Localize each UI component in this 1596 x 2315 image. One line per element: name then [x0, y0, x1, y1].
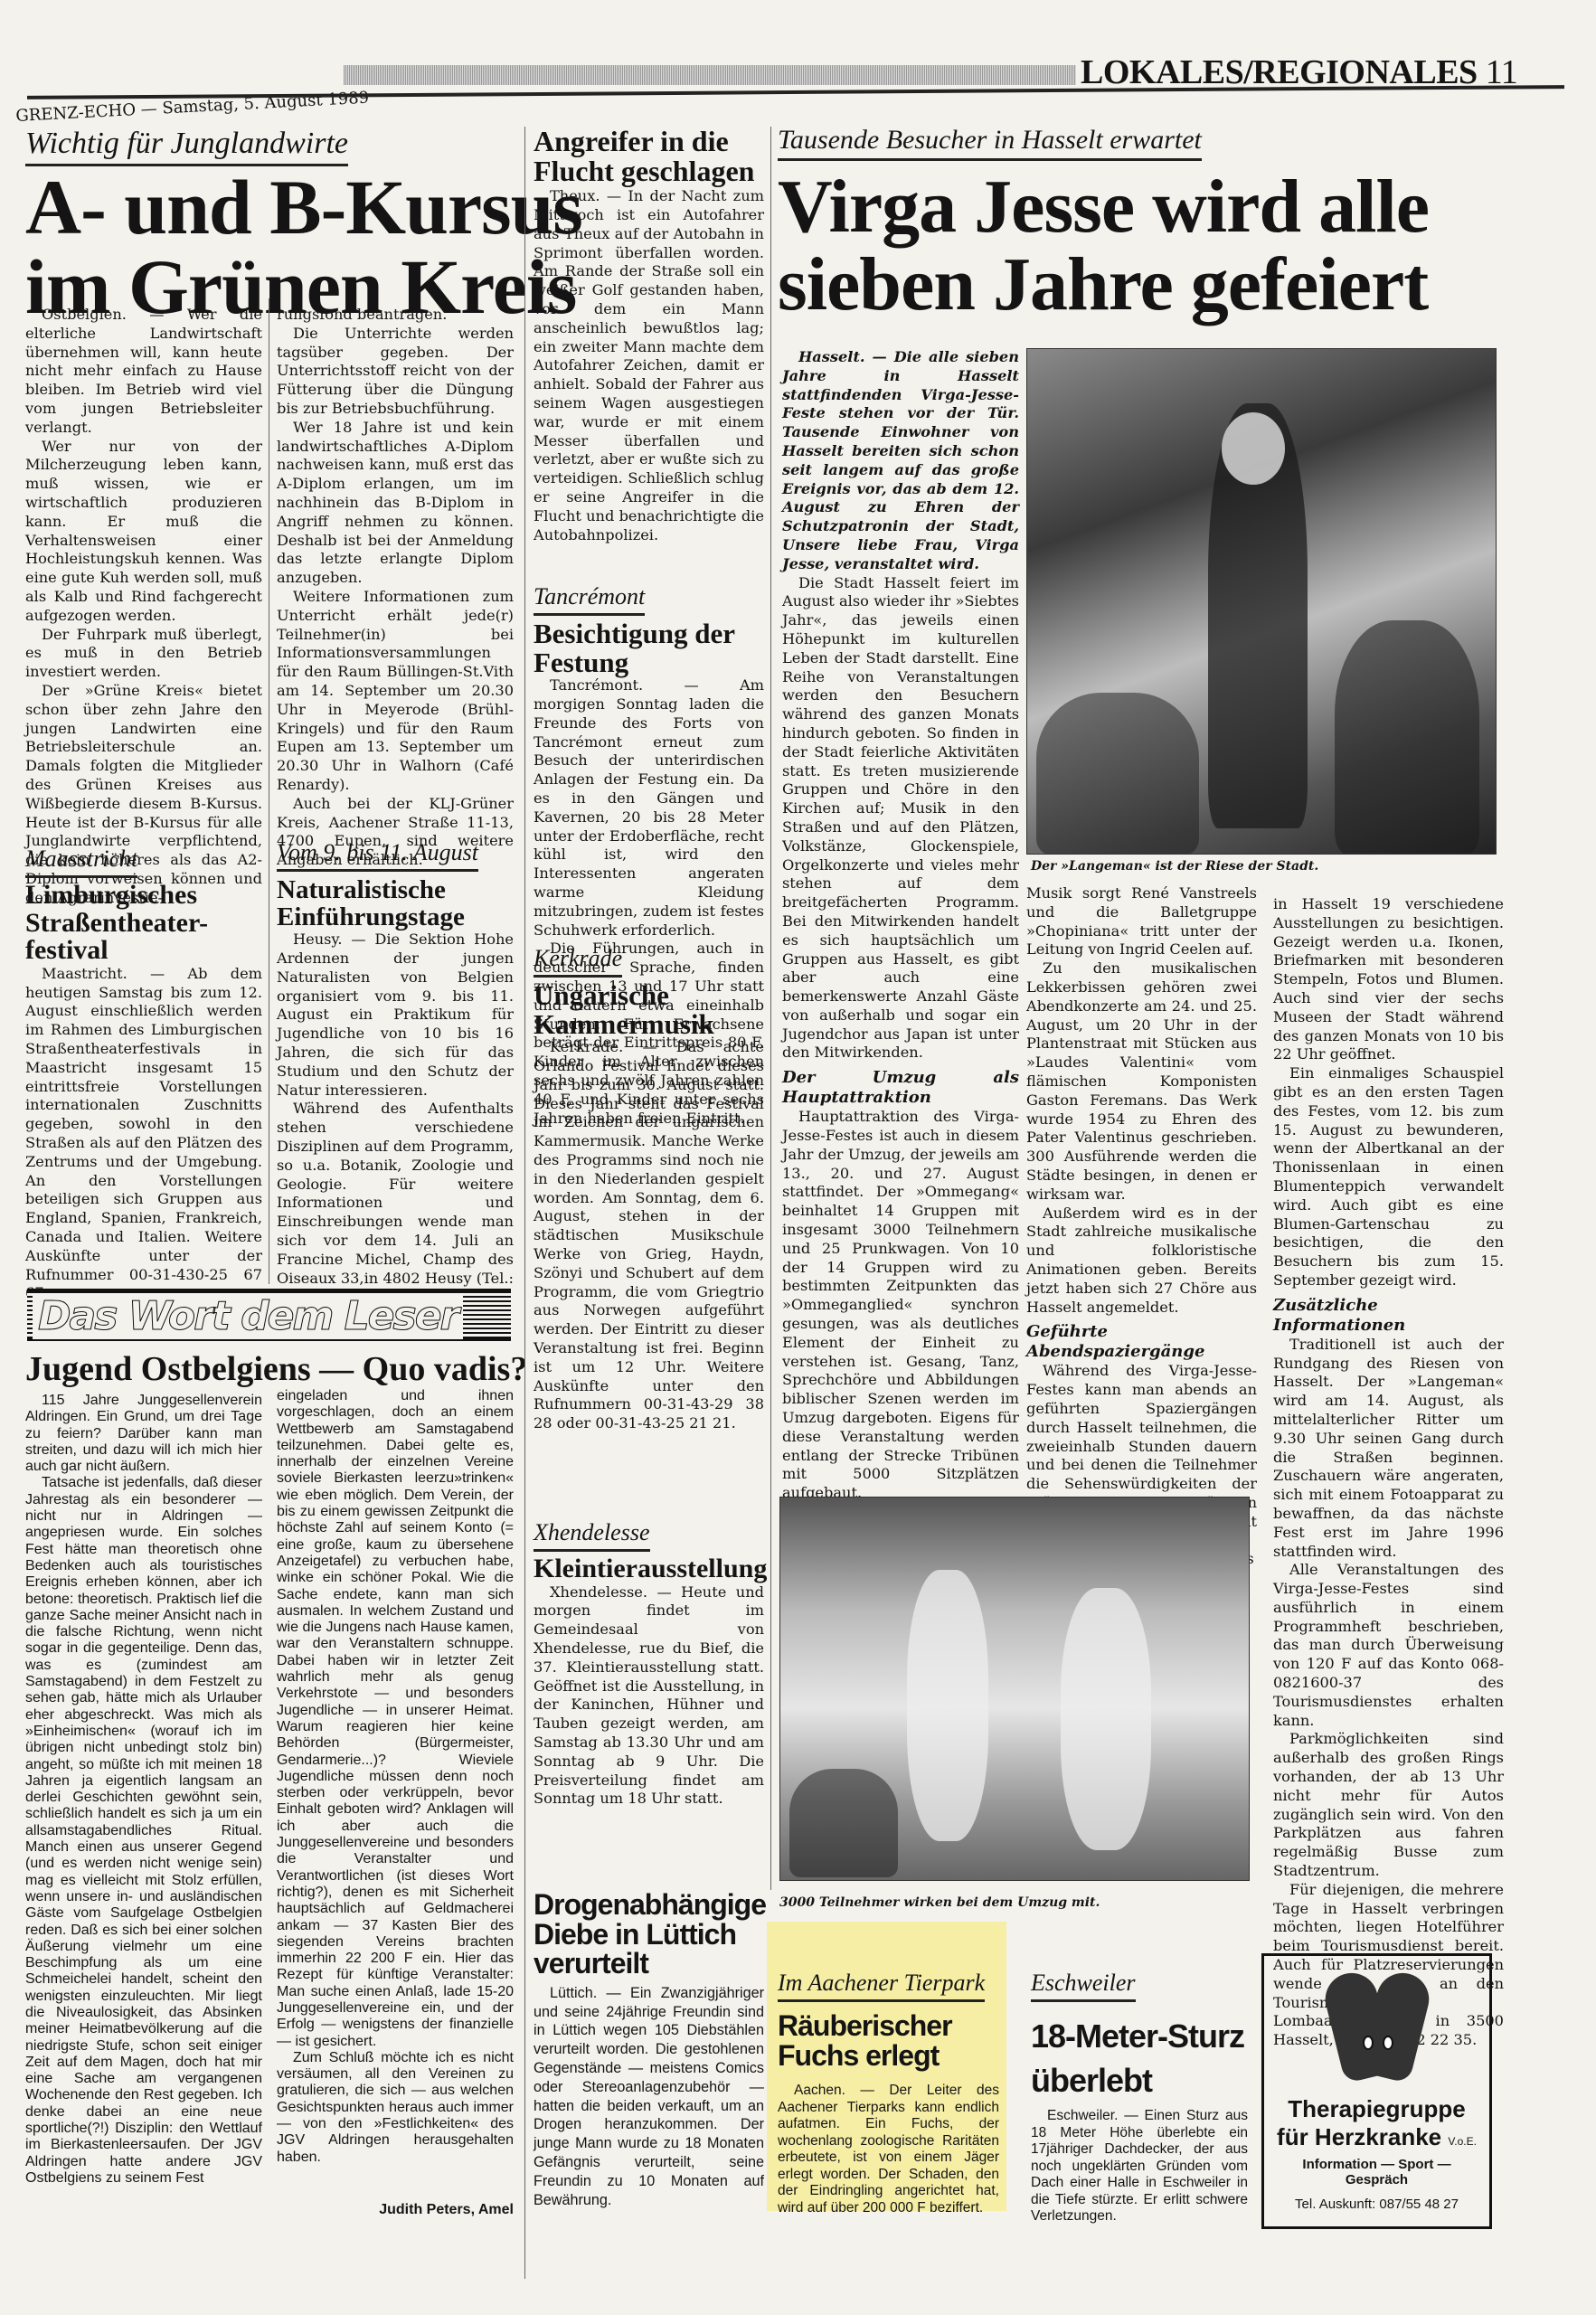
- photo-umzug: [779, 1497, 1250, 1881]
- ad-contact: Tel. Auskunft: 087/55 48 27: [1264, 2197, 1489, 2212]
- leser-banner: Das Wort dem Leser: [27, 1289, 511, 1341]
- kicker: Eschweiler: [1031, 1970, 1136, 2002]
- headline: Angreifer in die Flucht geschlagen: [534, 127, 764, 185]
- headline: 18-Meter-Sturz überlebt: [1031, 2015, 1248, 2102]
- masthead-rule: [27, 85, 1564, 99]
- article-virga-jesse: Tausende Besucher in Hasselt erwartet Vi…: [778, 125, 1573, 323]
- headline: Limburgisches Straßentheater-festival: [25, 882, 262, 965]
- virga-col3: in Hasselt 19 verschiedene Ausstellungen…: [1273, 895, 1504, 2050]
- article-naturalisten: Vom 9. bis 11. August Naturalistische Ei…: [277, 839, 514, 1307]
- headline: A- und B-Kursus: [25, 168, 514, 248]
- headline: sieben Jahre gefeiert: [778, 246, 1573, 324]
- letter-signature: Judith Peters, Amel: [277, 2202, 514, 2218]
- kicker: Vom 9. bis 11. August: [277, 839, 478, 872]
- article-body-col1: Ostbelgien. — Wer die elterliche Landwir…: [25, 306, 262, 908]
- headline: Virga Jesse wird alle: [778, 168, 1573, 246]
- article-junglandwirte: Wichtig für Junglandwirte A- und B-Kursu…: [25, 127, 514, 326]
- leser-col1: 115 Jahre Junggesellenverein Aldringen. …: [25, 1393, 262, 2187]
- kicker: Wichtig für Junglandwirte: [25, 127, 348, 166]
- article-xhendelesse: Xhendelesse Kleintierausstellung Xhendel…: [534, 1519, 764, 1809]
- ad-title: für Herzkranke V.o.E.: [1264, 2123, 1489, 2151]
- headline: Naturalistische Einführungstage: [277, 877, 514, 931]
- ad-tagline: Information — Sport —: [1264, 2157, 1489, 2172]
- virga-col1: Hasselt. — Die alle sieben Jahre in Hass…: [782, 348, 1019, 1672]
- article-drogen: Drogenabhängige Diebe in Lüttich verurte…: [534, 1890, 764, 2209]
- kicker: Maasstricht: [25, 846, 137, 878]
- kicker: Im Aachener Tierpark: [778, 1970, 985, 2002]
- kicker: Xhendelesse: [534, 1519, 650, 1552]
- photo-caption: 3000 Teilnehmer wirken bei dem Umzug mit…: [779, 1895, 1100, 1910]
- subheading: Der Umzug als Hauptattraktion: [782, 1068, 1019, 1108]
- headline: Ungarische Kammermusik: [534, 981, 764, 1038]
- subheading: Geführte Abendspaziergänge: [1026, 1322, 1257, 1362]
- headline: Jugend Ostbelgiens — Quo vadis?: [25, 1352, 514, 1387]
- kicker: Tancrémont: [534, 583, 645, 616]
- subheading: Zusätzliche Informationen: [1273, 1296, 1504, 1336]
- headline: Drogenabhängige Diebe in Lüttich verurte…: [534, 1890, 764, 1979]
- article-body-col2: rungsfond beantragen. Die Unterrichte we…: [277, 306, 514, 870]
- article-kerkrade: Kerkrade Ungarische Kammermusik Kerkrade…: [534, 945, 764, 1433]
- article-tierpark: Im Aachener Tierpark Räuberischer Fuchs …: [778, 1970, 999, 2216]
- ad-title: Therapiegruppe: [1264, 2095, 1489, 2123]
- headline: Besichtigung der Festung: [534, 619, 764, 676]
- article-angreifer: Angreifer in die Flucht geschlagen Theux…: [534, 127, 764, 544]
- ad-therapiegruppe: Therapiegruppe für Herzkranke V.o.E. Inf…: [1261, 1953, 1492, 2229]
- photo-caption: Der »Langeman« ist der Riese der Stadt.: [1031, 859, 1318, 874]
- headline: Räuberischer Fuchs erlegt: [778, 2011, 999, 2070]
- leser-col2: eingeladen und ihnen vorgeschlagen, doch…: [277, 1388, 514, 2218]
- ad-tagline: Gespräch: [1264, 2172, 1489, 2187]
- kicker: Kerkrade: [534, 945, 622, 978]
- article-eschweiler: Eschweiler 18-Meter-Sturz überlebt Eschw…: [1031, 1970, 1248, 2225]
- heart-mascot-icon: [1332, 1972, 1422, 2090]
- headline: Kleintierausstellung: [534, 1555, 764, 1583]
- photo-langeman: [1026, 348, 1497, 855]
- masthead-pattern-bar: [344, 65, 1076, 85]
- virga-col2: Musik sorgt René Vanstreels und die Ball…: [1026, 884, 1257, 1569]
- article-leser: Jugend Ostbelgiens — Quo vadis?: [25, 1352, 514, 1387]
- column-rule: [524, 127, 525, 2279]
- kicker: Tausende Besucher in Hasselt erwartet: [778, 125, 1202, 161]
- column-rule: [269, 298, 269, 1284]
- column-rule: [770, 127, 771, 1890]
- article-maastricht: Maasstricht Limburgisches Straßentheater…: [25, 846, 262, 1303]
